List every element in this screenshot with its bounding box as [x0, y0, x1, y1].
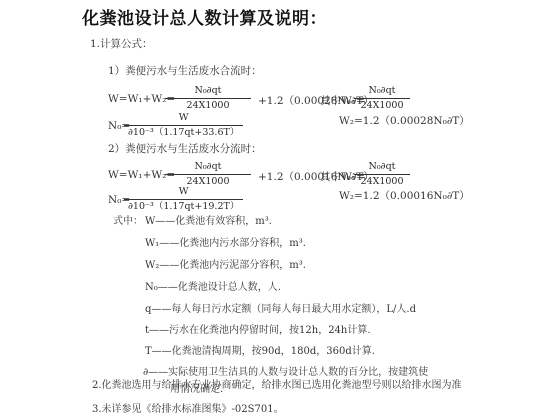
legend-item-w2: W₂——化粪池内污泥部分容积，m³.	[145, 256, 306, 271]
case-2-where-fraction: N₀∂qt 24X1000	[354, 161, 410, 188]
legend-symbol: W₂	[145, 260, 159, 271]
legend-symbol: W₁	[145, 238, 159, 249]
legend-item-T: T——化粪池清掏周期，按90d，180d，360d计算.	[145, 342, 375, 357]
legend-desc: ——污水在化粪池内停留时间，按12h，24h计算.	[149, 325, 371, 336]
legend-desc: ——化粪池有效容积，m³.	[155, 216, 272, 227]
legend-item-w: W——化粪池有效容积，m³.	[145, 212, 272, 227]
case-2-where-denominator: 24X1000	[354, 174, 410, 188]
legend-item-q: q——每人每日污水定额（同每人每日最大用水定额），L/人.d	[145, 300, 416, 315]
case-2-w-fraction: N₀∂qt 24X1000	[165, 161, 251, 188]
section-2-note: 2.化粪池选用与给排水专业协商确定，给排水图已选用化粪池型号则以给排水图为准	[92, 376, 462, 391]
case-2-w-numerator: N₀∂qt	[191, 161, 226, 174]
section-1-heading: 1.计算公式：	[90, 36, 153, 51]
legend-symbol: N₀	[145, 282, 158, 293]
case-1-heading: 1）粪便污水与生活废水合流时：	[108, 63, 262, 78]
legend-desc: ——化粪池内污水部分容积，m³.	[159, 238, 306, 249]
legend-prefix: 式中：	[113, 212, 143, 227]
case-2-heading: 2）粪便污水与生活废水分流时：	[108, 141, 262, 156]
case-1-n-denominator: ∂10⁻³（1.17qt+33.6T）	[124, 125, 243, 139]
case-1-where-numerator: N₀∂qt	[365, 85, 400, 98]
legend-desc: ——化粪池清掏周期，按90d，180d，360d计算.	[152, 346, 375, 357]
legend-item-n0: N₀——化粪池设计总人数，人.	[145, 278, 281, 293]
case-1-where-denominator: 24X1000	[354, 98, 410, 112]
case-1-where-fraction: N₀∂qt 24X1000	[354, 85, 410, 112]
case-2-w2: W₂=1.2（0.00016N₀∂T）	[339, 188, 470, 203]
legend-item-w1: W₁——化粪池内污水部分容积，m³.	[145, 234, 306, 249]
legend-desc: ——化粪池内污泥部分容积，m³.	[159, 260, 306, 271]
page-title: 化粪池设计总人数计算及说明：	[82, 4, 327, 29]
case-1-w2: W₂=1.2（0.00028N₀∂T）	[339, 113, 470, 128]
case-1-w-denominator: 24X1000	[165, 98, 251, 112]
case-1-n-fraction: W ∂10⁻³（1.17qt+33.6T）	[124, 112, 243, 139]
case-1-n-numerator: W	[175, 112, 193, 125]
legend-item-t: t——污水在化粪池内停留时间，按12h，24h计算.	[145, 321, 371, 336]
case-2-n-denominator: ∂10⁻³（1.17qt+19.2T）	[124, 199, 243, 213]
case-1-w-fraction: N₀∂qt 24X1000	[165, 85, 251, 112]
case-2-n-numerator: W	[175, 186, 193, 199]
case-2-n-fraction: W ∂10⁻³（1.17qt+19.2T）	[124, 186, 243, 213]
case-1-w-numerator: N₀∂qt	[191, 85, 226, 98]
legend-desc: ——化粪池设计总人数，人.	[158, 282, 281, 293]
legend-symbol: T	[145, 346, 152, 357]
legend-symbol: W	[145, 216, 155, 227]
case-2-where-numerator: N₀∂qt	[365, 161, 400, 174]
section-3-note: 3.未详参见《给排水标准图集》-02S701。	[92, 400, 284, 415]
legend-desc: ——每人每日污水定额（同每人每日最大用水定额），L/人.d	[151, 304, 416, 315]
